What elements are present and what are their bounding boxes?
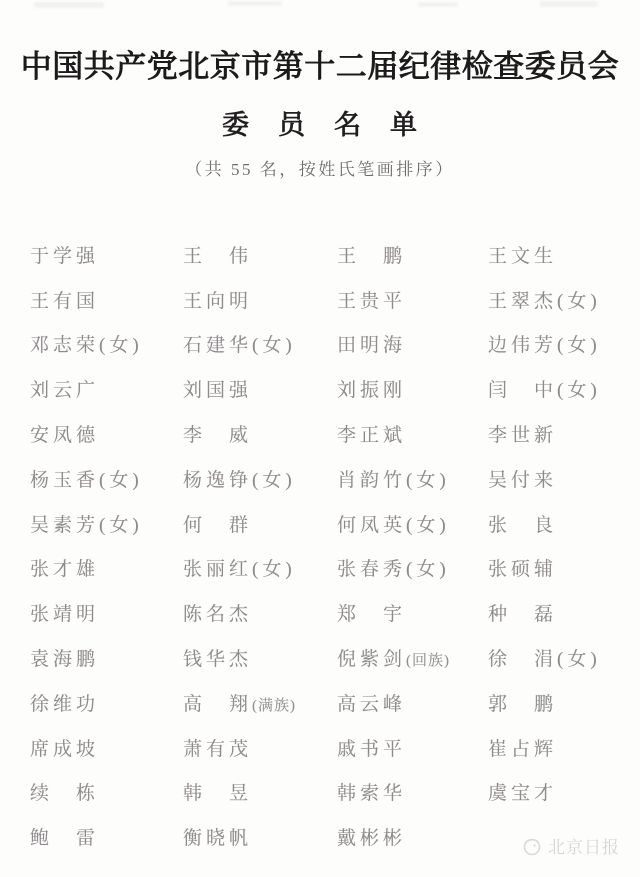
member-name: 徐 涓(女)	[488, 644, 640, 671]
member-name: 王 伟	[183, 241, 337, 268]
scan-artifact	[228, 1, 282, 6]
member-name-text: 徐 涓(女)	[488, 644, 601, 671]
ethnicity-tag: (满族)	[252, 694, 296, 715]
member-name-text: 杨逸铮(女)	[183, 465, 296, 492]
member-name-text: 肖韵竹(女)	[337, 465, 450, 492]
member-name: 李正斌	[337, 420, 488, 447]
scan-artifact	[418, 2, 458, 7]
member-name-text: 杨玉香(女)	[30, 465, 143, 492]
member-name: 袁海鹏	[30, 644, 183, 671]
member-name-text: 何 群	[183, 510, 252, 537]
member-name: 张才雄	[30, 554, 183, 581]
member-name-text: 刘振刚	[337, 375, 406, 402]
member-name: 陈名杰	[183, 599, 337, 626]
member-name: 王贵平	[337, 286, 488, 313]
member-name: 韩 昱	[183, 778, 337, 805]
member-name: 郑 宇	[337, 599, 488, 626]
member-count-note: （共 55 名，按姓氏笔画排序）	[0, 155, 640, 180]
member-name-text: 高 翔	[183, 689, 252, 716]
member-name-text: 徐维功	[30, 689, 99, 716]
member-name: 高云峰	[337, 689, 488, 716]
member-name-text: 邓志荣(女)	[30, 330, 143, 357]
member-name-text: 戴彬彬	[337, 823, 406, 850]
ethnicity-tag: (回族)	[406, 649, 450, 670]
member-name-text: 李 威	[183, 420, 252, 447]
member-name-text: 戚书平	[337, 734, 406, 761]
member-name-text: 王 鹏	[337, 241, 406, 268]
member-name-text: 韩 昱	[183, 778, 252, 805]
member-name: 戴彬彬	[337, 823, 488, 850]
member-name-text: 田明海	[337, 330, 406, 357]
member-name: 李 威	[183, 420, 337, 447]
member-name: 张 良	[488, 510, 640, 537]
member-name: 张硕辅	[488, 554, 640, 581]
member-name: 戚书平	[337, 734, 488, 761]
member-name: 王翠杰(女)	[488, 286, 640, 313]
member-name: 王文生	[488, 241, 640, 268]
member-name: 刘振刚	[337, 375, 488, 402]
member-name: 王向明	[183, 286, 337, 313]
member-name: 于学强	[30, 241, 183, 268]
member-name: 钱华杰	[183, 644, 337, 671]
member-name-text: 边伟芳(女)	[488, 330, 601, 357]
member-name: 虞宝才	[488, 778, 640, 805]
member-name: 高 翔(满族)	[183, 689, 337, 716]
member-name-text: 席成坡	[30, 734, 99, 761]
member-name-text: 陈名杰	[183, 599, 252, 626]
members-name-grid: 于学强王 伟王 鹏王文生王有国王向明王贵平王翠杰(女)邓志荣(女)石建华(女)田…	[30, 232, 640, 859]
scan-artifact	[34, 2, 104, 8]
member-name-text: 萧有茂	[183, 734, 252, 761]
beijing-daily-logo-icon	[521, 835, 543, 857]
member-name: 何 群	[183, 510, 337, 537]
member-name-text: 韩索华	[337, 778, 406, 805]
member-name-text: 崔占辉	[488, 734, 557, 761]
member-name-text: 王贵平	[337, 286, 406, 313]
member-name-text: 衡晓帆	[183, 823, 252, 850]
member-name: 吴付来	[488, 465, 640, 492]
member-name-text: 张靖明	[30, 599, 99, 626]
member-name: 徐维功	[30, 689, 183, 716]
member-name: 石建华(女)	[183, 330, 337, 357]
member-name: 吴素芳(女)	[30, 510, 183, 537]
member-name: 邓志荣(女)	[30, 330, 183, 357]
member-name: 张靖明	[30, 599, 183, 626]
member-name-text: 吴素芳(女)	[30, 510, 143, 537]
member-name: 衡晓帆	[183, 823, 337, 850]
member-name-text: 吴付来	[488, 465, 557, 492]
member-name: 王有国	[30, 286, 183, 313]
member-name-text: 李正斌	[337, 420, 406, 447]
member-name: 田明海	[337, 330, 488, 357]
member-name-text: 鲍 雷	[30, 823, 99, 850]
member-name: 崔占辉	[488, 734, 640, 761]
member-name-text: 闫 中(女)	[488, 375, 601, 402]
member-name-text: 袁海鹏	[30, 644, 99, 671]
member-name-text: 刘国强	[183, 375, 252, 402]
member-name: 韩索华	[337, 778, 488, 805]
member-name: 张春秀(女)	[337, 554, 488, 581]
member-name-text: 张 良	[488, 510, 557, 537]
member-name-text: 钱华杰	[183, 644, 252, 671]
member-name: 种 磊	[488, 599, 640, 626]
member-name-text: 张硕辅	[488, 554, 557, 581]
member-name: 刘云广	[30, 375, 183, 402]
member-name: 续 栋	[30, 778, 183, 805]
page-title: 中国共产党北京市第十二届纪律检查委员会	[0, 48, 640, 85]
member-name: 闫 中(女)	[488, 375, 640, 402]
member-name-text: 王有国	[30, 286, 99, 313]
document-page: 中国共产党北京市第十二届纪律检查委员会 委 员 名 单 （共 55 名，按姓氏笔…	[0, 0, 640, 877]
member-name-text: 续 栋	[30, 778, 99, 805]
watermark-label: 北京日报	[548, 833, 620, 858]
member-name: 何凤英(女)	[337, 510, 488, 537]
member-name: 萧有茂	[183, 734, 337, 761]
member-name: 倪紫剑(回族)	[337, 644, 488, 671]
member-name: 安凤德	[30, 420, 183, 447]
member-name-text: 郑 宇	[337, 599, 406, 626]
member-name: 李世新	[488, 420, 640, 447]
member-name-text: 王 伟	[183, 241, 252, 268]
member-name-text: 何凤英(女)	[337, 510, 450, 537]
member-name-text: 李世新	[488, 420, 557, 447]
member-name: 边伟芳(女)	[488, 330, 640, 357]
member-name: 肖韵竹(女)	[337, 465, 488, 492]
member-name: 刘国强	[183, 375, 337, 402]
member-name-text: 张春秀(女)	[337, 554, 450, 581]
member-name-text: 于学强	[30, 241, 99, 268]
member-name-text: 倪紫剑	[337, 644, 406, 671]
member-name-text: 郭 鹏	[488, 689, 557, 716]
member-name-text: 高云峰	[337, 689, 406, 716]
member-name-text: 石建华(女)	[183, 330, 296, 357]
member-name: 郭 鹏	[488, 689, 640, 716]
member-name-text: 张丽红(女)	[183, 554, 296, 581]
member-name: 王 鹏	[337, 241, 488, 268]
member-name: 张丽红(女)	[183, 554, 337, 581]
member-name-text: 王翠杰(女)	[488, 286, 601, 313]
scan-artifact	[540, 1, 598, 7]
member-name: 杨逸铮(女)	[183, 465, 337, 492]
member-name-text: 虞宝才	[488, 778, 557, 805]
member-name-text: 种 磊	[488, 599, 557, 626]
member-name: 鲍 雷	[30, 823, 183, 850]
member-name-text: 王向明	[183, 286, 252, 313]
member-name: 席成坡	[30, 734, 183, 761]
member-name-text: 刘云广	[30, 375, 99, 402]
member-name-text: 安凤德	[30, 420, 99, 447]
page-subtitle: 委 员 名 单	[0, 103, 640, 142]
member-name: 杨玉香(女)	[30, 465, 183, 492]
watermark: 北京日报	[521, 833, 620, 858]
member-name-text: 张才雄	[30, 554, 99, 581]
member-name-text: 王文生	[488, 241, 557, 268]
